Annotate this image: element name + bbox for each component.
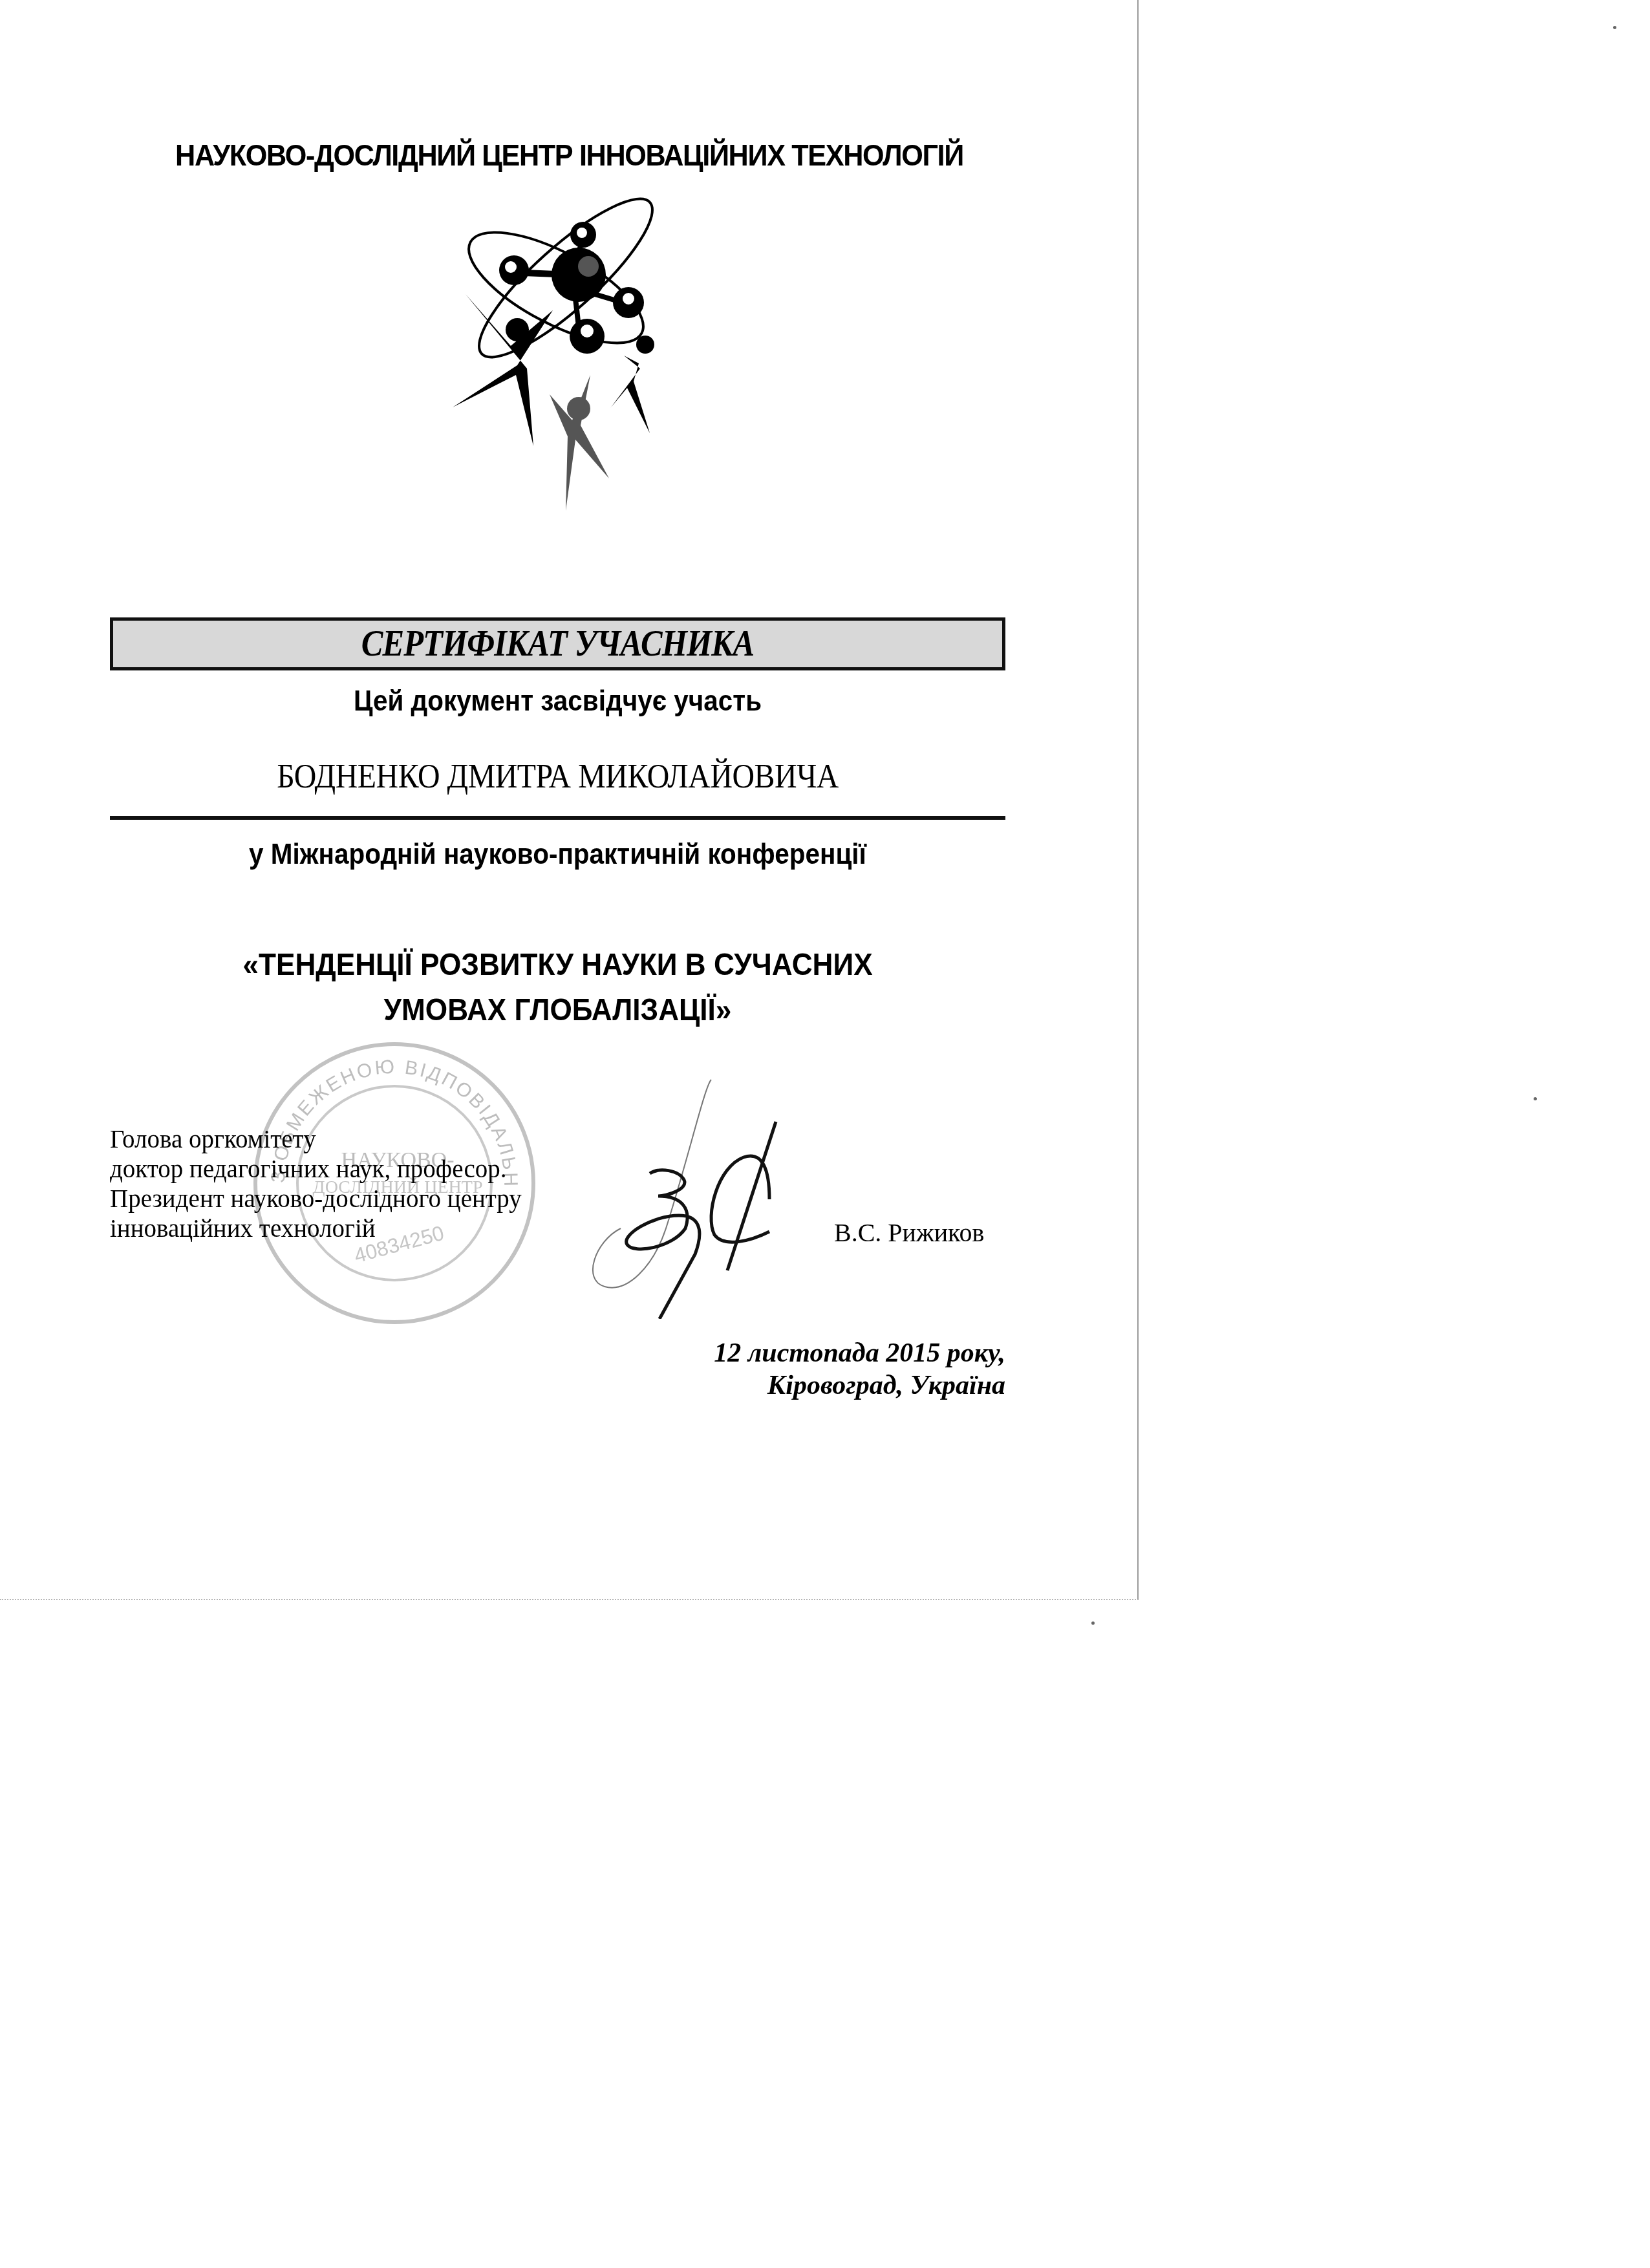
signatory-degree: доктор педагогічних наук, професор.: [110, 1155, 522, 1184]
issue-date: 12 листопада 2015 року,: [647, 1337, 1005, 1369]
organization-header: НАУКОВО-ДОСЛІДНИЙ ЦЕНТР ІННОВАЦІЙНИХ ТЕХ…: [45, 137, 1093, 173]
certificate-subtitle: Цей документ засвідчує участь: [145, 685, 969, 718]
conference-title: «ТЕНДЕНЦІЇ РОЗВИТКУ НАУКИ В СУЧАСНИХ УМО…: [145, 943, 969, 1033]
certificate-title-box: СЕРТИФІКАТ УЧАСНИКА: [110, 617, 1005, 670]
name-underline-divider: [110, 816, 1005, 820]
scan-speck: [1091, 1621, 1095, 1625]
handwritten-signature-icon: [575, 1060, 808, 1319]
signatory-role: Голова оргкомітету: [110, 1125, 522, 1155]
signatory-organization: інноваційних технологій: [110, 1214, 522, 1244]
conference-event-line: у Міжнародній науково-практичній конфере…: [145, 839, 969, 871]
date-and-place: 12 листопада 2015 року, Кіровоград, Укра…: [647, 1337, 1005, 1402]
atom-logo-icon: [440, 181, 672, 517]
scan-speck: [1613, 26, 1616, 29]
signatory-position: Президент науково-дослідного центру: [110, 1184, 522, 1214]
participant-name: БОДНЕНКО ДМИТРА МИКОЛАЙОВИЧА: [145, 758, 969, 796]
issue-place: Кіровоград, Україна: [647, 1369, 1005, 1402]
scan-speck: [1534, 1097, 1537, 1100]
signatory-block: Голова оргкомітету доктор педагогічних н…: [110, 1125, 522, 1244]
certificate-title: СЕРТИФІКАТ УЧАСНИКА: [361, 623, 755, 665]
conference-title-line-2: УМОВАХ ГЛОБАЛІЗАЦІЇ»: [145, 988, 969, 1033]
conference-title-line-1: «ТЕНДЕНЦІЇ РОЗВИТКУ НАУКИ В СУЧАСНИХ: [145, 943, 969, 988]
signer-name: В.С. Рижиков: [834, 1217, 984, 1248]
